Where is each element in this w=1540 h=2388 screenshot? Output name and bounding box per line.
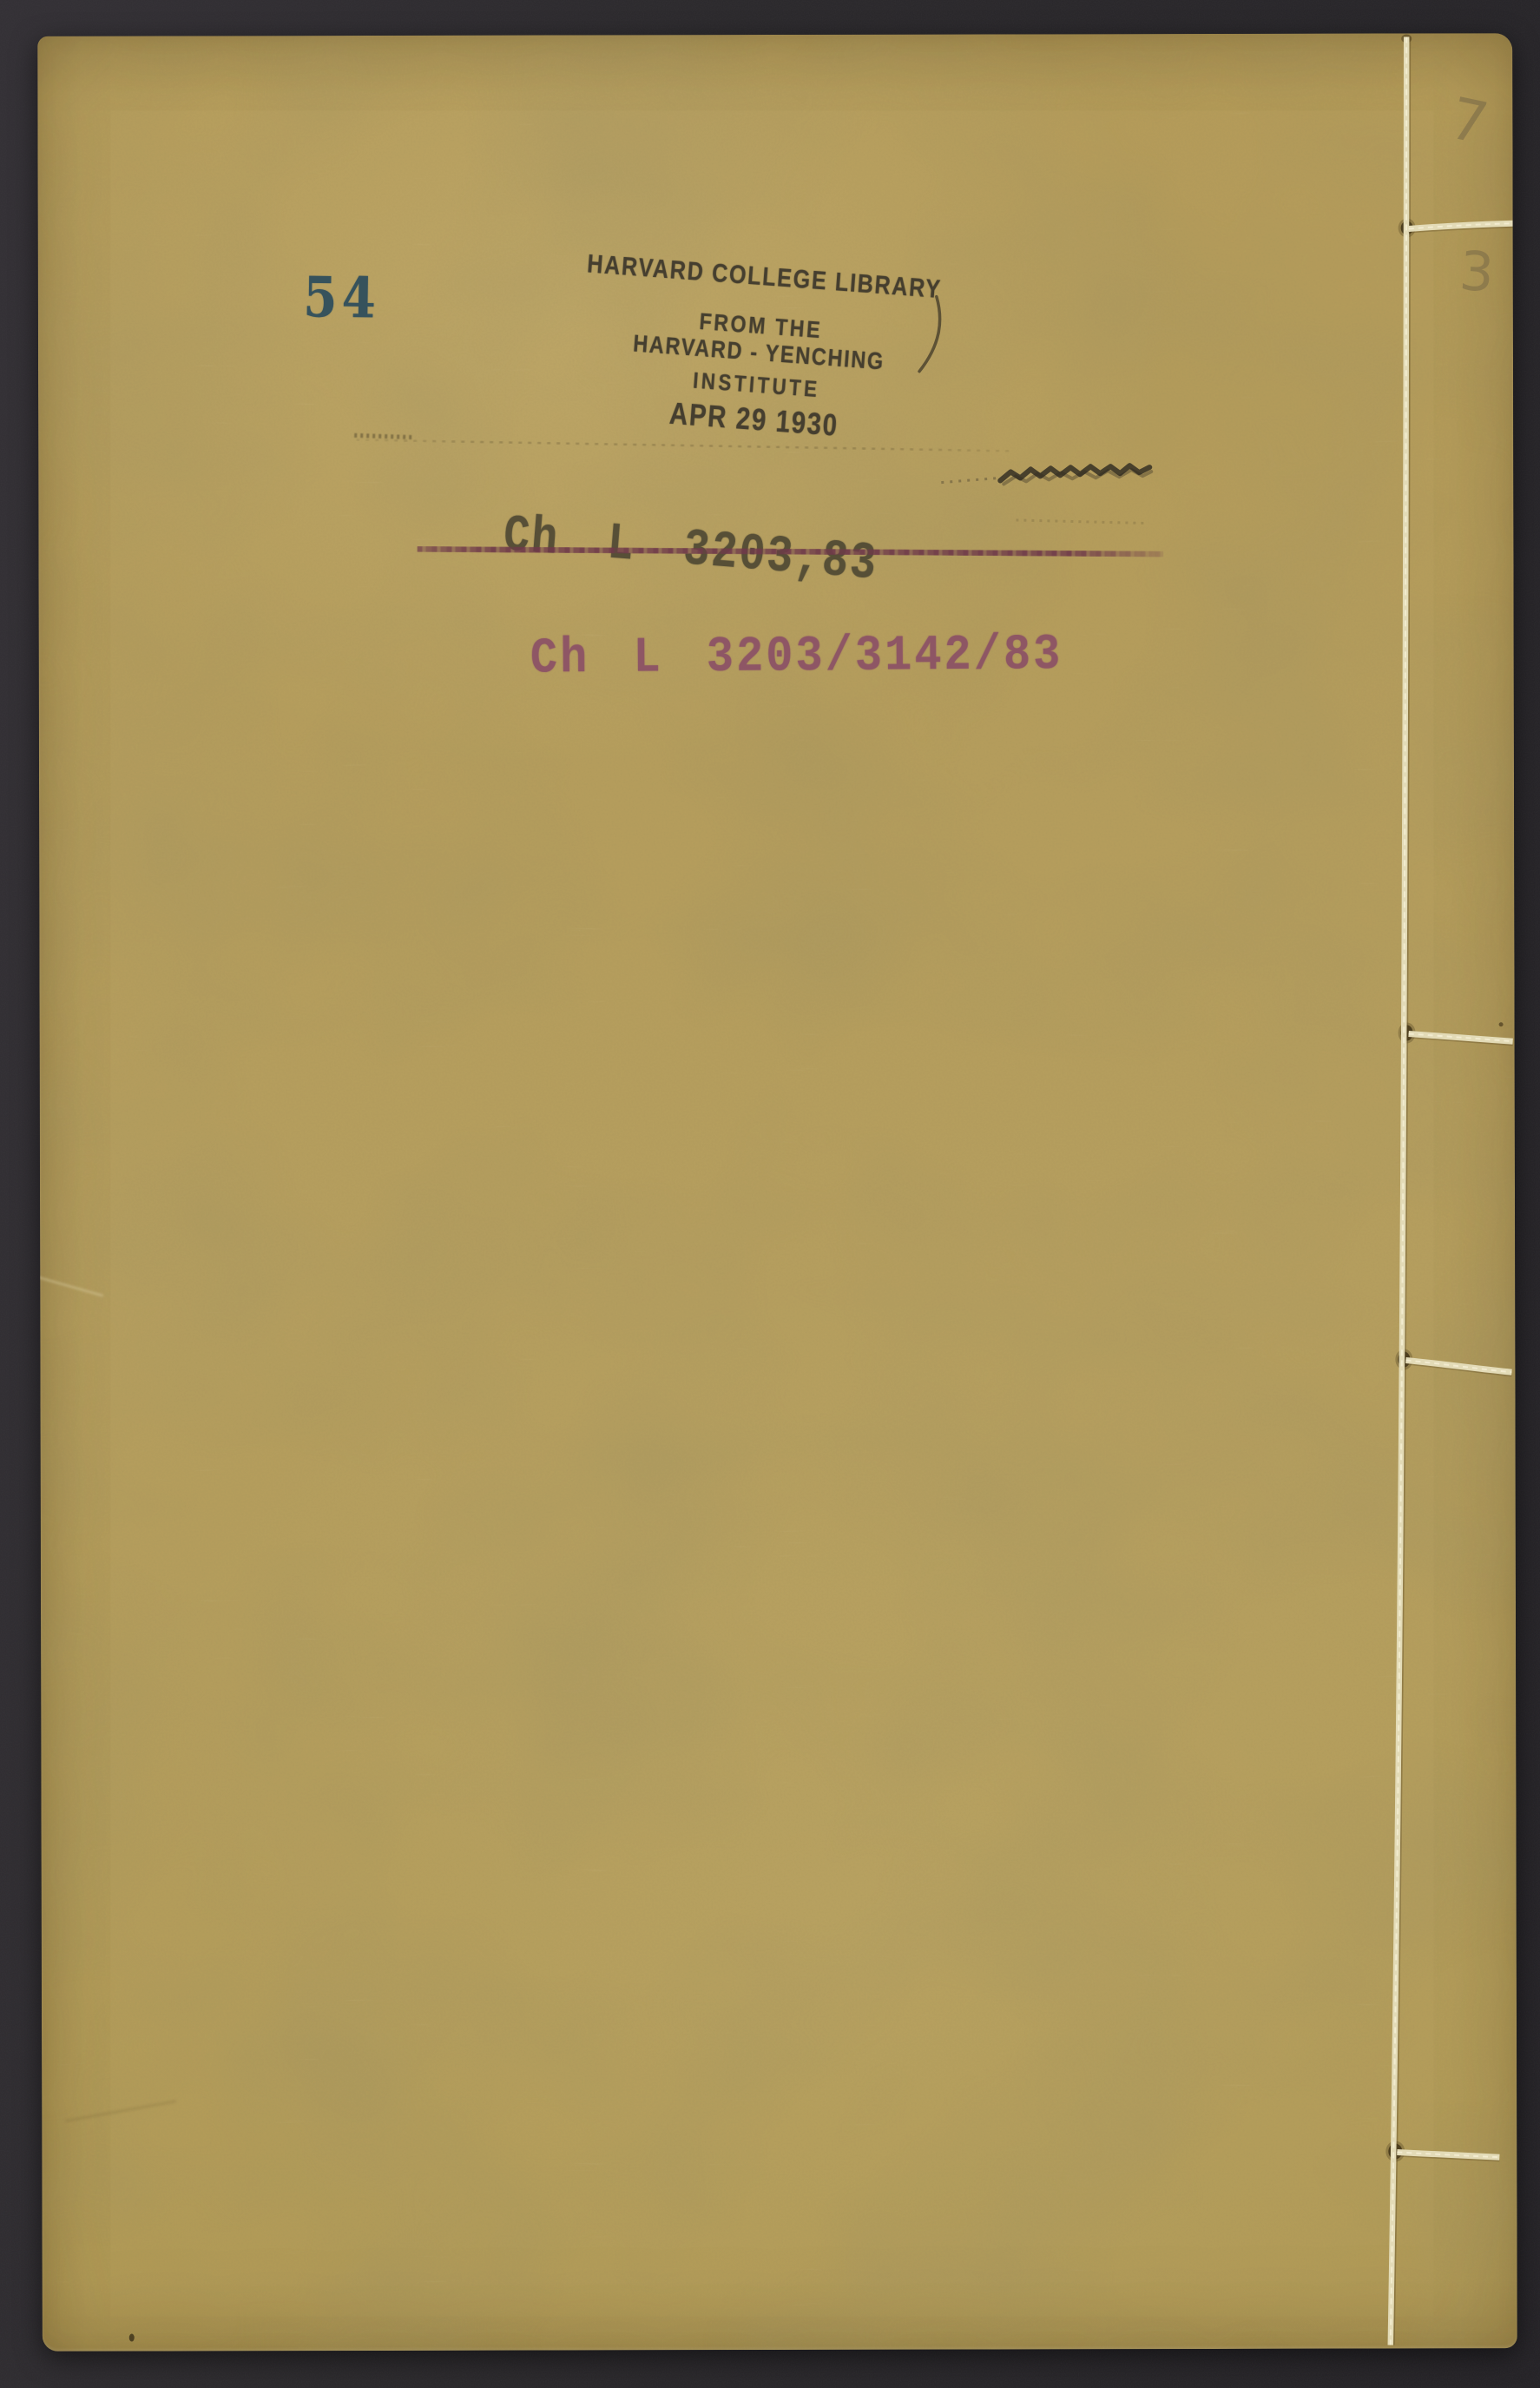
scan-background: 54 HARVARD COLLEGE LIBRARY FROM THE HARV… (0, 0, 1540, 2388)
edge-number-upper: 7 (1445, 85, 1494, 158)
paper-speck (129, 2334, 135, 2342)
binding-threads: 7 3 (37, 33, 1517, 2352)
paper-speck (1499, 1022, 1504, 1026)
edge-number-lower: 3 (1458, 239, 1496, 305)
book-cover: 54 HARVARD COLLEGE LIBRARY FROM THE HARV… (37, 33, 1517, 2352)
